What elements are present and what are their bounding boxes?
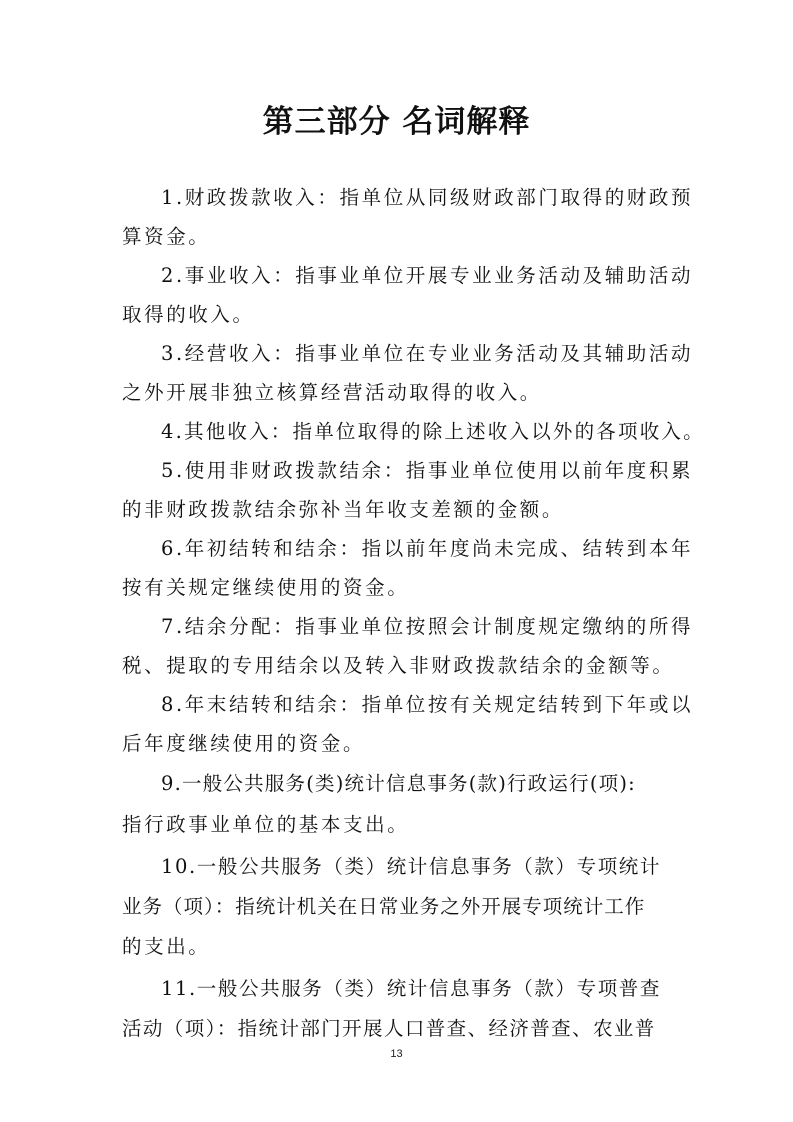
definition-9-line-2: 指行政事业单位的基本支出。: [122, 812, 682, 838]
page-number: 13: [0, 1048, 793, 1060]
definition-1-line-1: 1.财政拨款收入：指单位从同级财政部门取得的财政预: [161, 185, 721, 211]
definition-6-line-1: 6.年初结转和结余：指以前年度尚未完成、结转到本年: [161, 536, 721, 562]
definition-4-line-1: 4.其他收入：指单位取得的除上述收入以外的各项收入。: [161, 419, 721, 445]
definition-1-line-2: 算资金。: [122, 224, 682, 250]
definition-2-line-2: 取得的收入。: [122, 302, 682, 328]
page-title: 第三部分 名词解释: [0, 96, 793, 141]
definition-5-line-2: 的非财政拨款结余弥补当年收支差额的金额。: [122, 497, 682, 523]
definition-11-line-1: 11.一般公共服务（类）统计信息事务（款）专项普查: [161, 976, 721, 1002]
definition-3-line-2: 之外开展非独立核算经营活动取得的收入。: [122, 380, 682, 406]
definition-5-line-1: 5.使用非财政拨款结余：指事业单位使用以前年度积累: [161, 458, 721, 484]
definition-2-line-1: 2.事业收入：指事业单位开展专业业务活动及辅助活动: [161, 263, 721, 289]
definition-9-line-1: 9.一般公共服务(类)统计信息事务(款)行政运行(项):: [161, 771, 721, 797]
definition-11-line-2: 活动（项）：指统计部门开展人口普查、经济普查、农业普: [122, 1016, 682, 1042]
definition-8-line-1: 8.年末结转和结余：指单位按有关规定结转到下年或以: [161, 692, 721, 718]
definition-10-line-2: 业务（项）：指统计机关在日常业务之外开展专项统计工作: [122, 894, 682, 920]
definition-6-line-2: 按有关规定继续使用的资金。: [122, 575, 682, 601]
definition-8-line-2: 后年度继续使用的资金。: [122, 731, 682, 757]
definition-3-line-1: 3.经营收入：指事业单位在专业业务活动及其辅助活动: [161, 341, 721, 367]
definition-7-line-2: 税、提取的专用结余以及转入非财政拨款结余的金额等。: [122, 653, 682, 679]
definition-10-line-1: 10.一般公共服务（类）统计信息事务（款）专项统计: [161, 854, 721, 880]
definition-7-line-1: 7.结余分配：指事业单位按照会计制度规定缴纳的所得: [161, 614, 721, 640]
definition-10-line-3: 的支出。: [122, 934, 682, 960]
